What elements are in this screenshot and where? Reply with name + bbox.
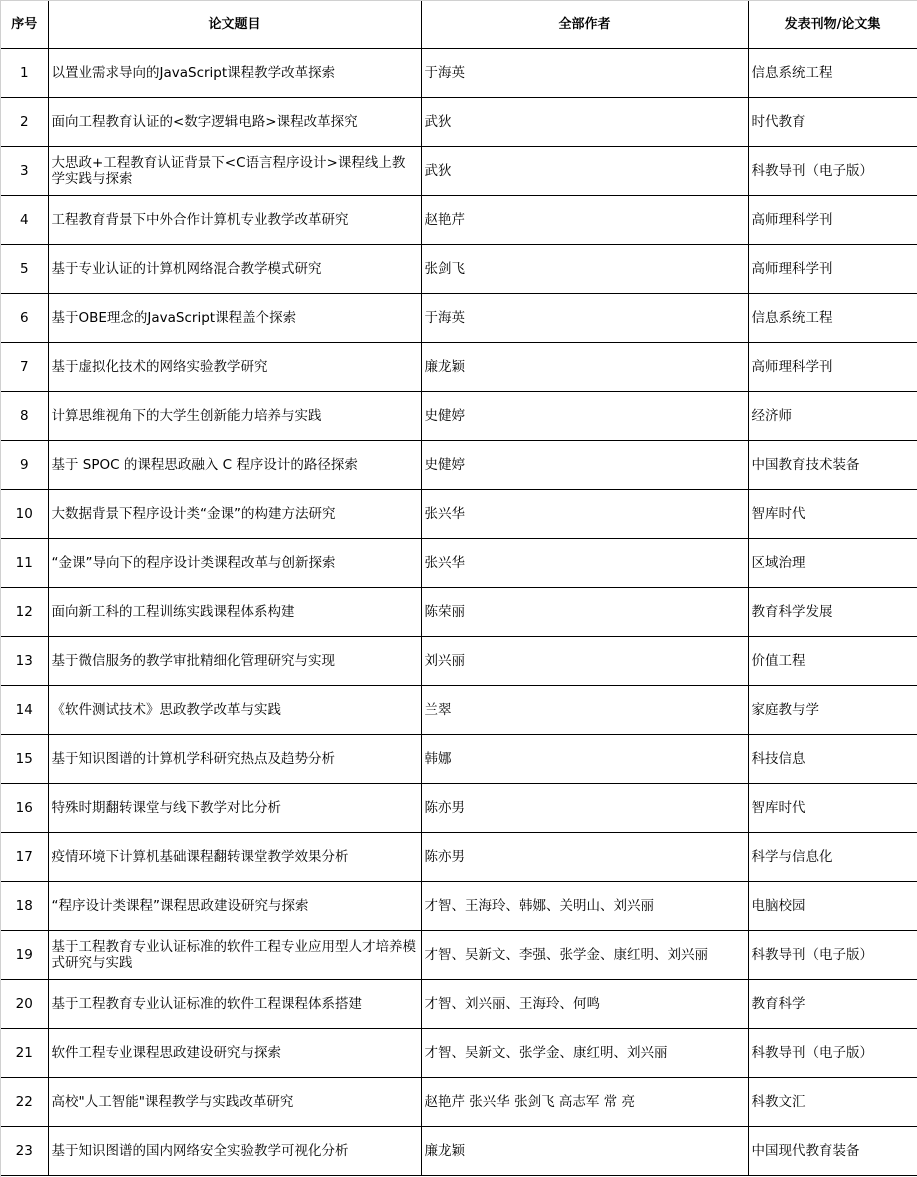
cell-index[interactable]: 20 xyxy=(1,980,48,1029)
table-row: 5基于专业认证的计算机网络混合教学模式研究张剑飞高师理科学刊 xyxy=(1,245,917,294)
cell-title[interactable]: 基于 SPOC 的课程思政融入 C 程序设计的路径探索 xyxy=(48,441,421,490)
table-row: 8计算思维视角下的大学生创新能力培养与实践史健婷经济师 xyxy=(1,392,917,441)
cell-authors[interactable]: 才智、吴新文、李强、张学金、康红明、刘兴丽 xyxy=(421,931,748,980)
cell-authors[interactable]: 张兴华 xyxy=(421,490,748,539)
cell-journal[interactable]: 科教导刊（电子版） xyxy=(748,1029,917,1078)
cell-title[interactable]: 基于虚拟化技术的网络实验教学研究 xyxy=(48,343,421,392)
header-journal[interactable]: 发表刊物/论文集 xyxy=(748,1,917,49)
cell-journal[interactable]: 经济师 xyxy=(748,392,917,441)
table-row: 23基于知识图谱的国内网络安全实验教学可视化分析廉龙颖中国现代教育装备 xyxy=(1,1127,917,1176)
cell-index[interactable]: 5 xyxy=(1,245,48,294)
cell-title[interactable]: 工程教育背景下中外合作计算机专业教学改革研究 xyxy=(48,196,421,245)
cell-title[interactable]: 大思政+工程教育认证背景下<C语言程序设计>课程线上教学实践与探索 xyxy=(48,147,421,196)
cell-title[interactable]: 基于专业认证的计算机网络混合教学模式研究 xyxy=(48,245,421,294)
cell-index[interactable]: 13 xyxy=(1,637,48,686)
cell-journal[interactable]: 中国教育技术装备 xyxy=(748,441,917,490)
cell-journal[interactable]: 智库时代 xyxy=(748,490,917,539)
cell-title[interactable]: “程序设计类课程”课程思政建设研究与探索 xyxy=(48,882,421,931)
cell-journal[interactable]: 高师理科学刊 xyxy=(748,196,917,245)
header-row: 序号 论文题目 全部作者 发表刊物/论文集 xyxy=(1,1,917,49)
cell-authors[interactable]: 才智、刘兴丽、王海玲、何鸣 xyxy=(421,980,748,1029)
cell-title[interactable]: 疫情环境下计算机基础课程翻转课堂教学效果分析 xyxy=(48,833,421,882)
cell-authors[interactable]: 陈荣丽 xyxy=(421,588,748,637)
cell-authors[interactable]: 于海英 xyxy=(421,294,748,343)
cell-title[interactable]: 面向工程教育认证的<数字逻辑电路>课程改革探究 xyxy=(48,98,421,147)
header-title[interactable]: 论文题目 xyxy=(48,1,421,49)
cell-authors[interactable]: 廉龙颖 xyxy=(421,1127,748,1176)
cell-journal[interactable]: 中国现代教育装备 xyxy=(748,1127,917,1176)
cell-journal[interactable]: 价值工程 xyxy=(748,637,917,686)
cell-title[interactable]: 特殊时期翻转课堂与线下教学对比分析 xyxy=(48,784,421,833)
cell-title[interactable]: 基于工程教育专业认证标准的软件工程课程体系搭建 xyxy=(48,980,421,1029)
papers-table: 序号 论文题目 全部作者 发表刊物/论文集 1以置业需求导向的JavaScrip… xyxy=(1,1,917,1176)
cell-authors[interactable]: 赵艳芹 张兴华 张剑飞 高志军 常 亮 xyxy=(421,1078,748,1127)
table-row: 9基于 SPOC 的课程思政融入 C 程序设计的路径探索史健婷中国教育技术装备 xyxy=(1,441,917,490)
cell-index[interactable]: 15 xyxy=(1,735,48,784)
cell-index[interactable]: 6 xyxy=(1,294,48,343)
cell-journal[interactable]: 科教文汇 xyxy=(748,1078,917,1127)
cell-journal[interactable]: 信息系统工程 xyxy=(748,49,917,98)
cell-journal[interactable]: 教育科学发展 xyxy=(748,588,917,637)
table-row: 21软件工程专业课程思政建设研究与探索才智、吴新文、张学金、康红明、刘兴丽科教导… xyxy=(1,1029,917,1078)
table-row: 11“金课”导向下的程序设计类课程改革与创新探索张兴华区域治理 xyxy=(1,539,917,588)
table-row: 13基于微信服务的教学审批精细化管理研究与实现刘兴丽价值工程 xyxy=(1,637,917,686)
table-row: 7基于虚拟化技术的网络实验教学研究廉龙颖高师理科学刊 xyxy=(1,343,917,392)
table-row: 12面向新工科的工程训练实践课程体系构建陈荣丽教育科学发展 xyxy=(1,588,917,637)
cell-authors[interactable]: 刘兴丽 xyxy=(421,637,748,686)
cell-journal[interactable]: 科技信息 xyxy=(748,735,917,784)
cell-index[interactable]: 2 xyxy=(1,98,48,147)
cell-title[interactable]: “金课”导向下的程序设计类课程改革与创新探索 xyxy=(48,539,421,588)
cell-index[interactable]: 4 xyxy=(1,196,48,245)
cell-journal[interactable]: 科教导刊（电子版） xyxy=(748,931,917,980)
cell-authors[interactable]: 于海英 xyxy=(421,49,748,98)
cell-authors[interactable]: 张剑飞 xyxy=(421,245,748,294)
cell-title[interactable]: 基于OBE理念的JavaScript课程盖个探索 xyxy=(48,294,421,343)
table-row: 6基于OBE理念的JavaScript课程盖个探索于海英信息系统工程 xyxy=(1,294,917,343)
header-authors[interactable]: 全部作者 xyxy=(421,1,748,49)
table-row: 10大数据背景下程序设计类“金课”的构建方法研究张兴华智库时代 xyxy=(1,490,917,539)
cell-title[interactable]: 以置业需求导向的JavaScript课程教学改革探索 xyxy=(48,49,421,98)
cell-journal[interactable]: 高师理科学刊 xyxy=(748,343,917,392)
cell-authors[interactable]: 史健婷 xyxy=(421,392,748,441)
cell-title[interactable]: 面向新工科的工程训练实践课程体系构建 xyxy=(48,588,421,637)
cell-index[interactable]: 21 xyxy=(1,1029,48,1078)
header-index[interactable]: 序号 xyxy=(1,1,48,49)
table-row: 2面向工程教育认证的<数字逻辑电路>课程改革探究武狄时代教育 xyxy=(1,98,917,147)
cell-title[interactable]: 基于知识图谱的计算机学科研究热点及趋势分析 xyxy=(48,735,421,784)
cell-index[interactable]: 10 xyxy=(1,490,48,539)
table-row: 22高校"人工智能"课程教学与实践改革研究赵艳芹 张兴华 张剑飞 高志军 常 亮… xyxy=(1,1078,917,1127)
cell-title[interactable]: 软件工程专业课程思政建设研究与探索 xyxy=(48,1029,421,1078)
cell-authors[interactable]: 兰翠 xyxy=(421,686,748,735)
cell-index[interactable]: 16 xyxy=(1,784,48,833)
cell-authors[interactable]: 陈亦男 xyxy=(421,784,748,833)
cell-index[interactable]: 14 xyxy=(1,686,48,735)
cell-title[interactable]: 基于微信服务的教学审批精细化管理研究与实现 xyxy=(48,637,421,686)
cell-journal[interactable]: 教育科学 xyxy=(748,980,917,1029)
cell-index[interactable]: 18 xyxy=(1,882,48,931)
cell-journal[interactable]: 高师理科学刊 xyxy=(748,245,917,294)
cell-title[interactable]: 高校"人工智能"课程教学与实践改革研究 xyxy=(48,1078,421,1127)
cell-journal[interactable]: 时代教育 xyxy=(748,98,917,147)
cell-index[interactable]: 3 xyxy=(1,147,48,196)
table-row: 15基于知识图谱的计算机学科研究热点及趋势分析韩娜科技信息 xyxy=(1,735,917,784)
cell-index[interactable]: 12 xyxy=(1,588,48,637)
table-row: 4工程教育背景下中外合作计算机专业教学改革研究赵艳芹高师理科学刊 xyxy=(1,196,917,245)
cell-journal[interactable]: 信息系统工程 xyxy=(748,294,917,343)
table-row: 1以置业需求导向的JavaScript课程教学改革探索于海英信息系统工程 xyxy=(1,49,917,98)
cell-index[interactable]: 8 xyxy=(1,392,48,441)
cell-index[interactable]: 23 xyxy=(1,1127,48,1176)
cell-index[interactable]: 7 xyxy=(1,343,48,392)
cell-journal[interactable]: 家庭教与学 xyxy=(748,686,917,735)
cell-index[interactable]: 11 xyxy=(1,539,48,588)
cell-index[interactable]: 1 xyxy=(1,49,48,98)
cell-authors[interactable]: 武狄 xyxy=(421,147,748,196)
cell-authors[interactable]: 廉龙颖 xyxy=(421,343,748,392)
cell-journal[interactable]: 电脑校园 xyxy=(748,882,917,931)
cell-title[interactable]: 《软件测试技术》思政教学改革与实践 xyxy=(48,686,421,735)
table-row: 17疫情环境下计算机基础课程翻转课堂教学效果分析陈亦男科学与信息化 xyxy=(1,833,917,882)
cell-index[interactable]: 22 xyxy=(1,1078,48,1127)
cell-title[interactable]: 基于工程教育专业认证标准的软件工程专业应用型人才培养模式研究与实践 xyxy=(48,931,421,980)
cell-title[interactable]: 基于知识图谱的国内网络安全实验教学可视化分析 xyxy=(48,1127,421,1176)
cell-journal[interactable]: 智库时代 xyxy=(748,784,917,833)
cell-index[interactable]: 17 xyxy=(1,833,48,882)
table-row: 18“程序设计类课程”课程思政建设研究与探索才智、王海玲、韩娜、关明山、刘兴丽电… xyxy=(1,882,917,931)
cell-authors[interactable]: 才智、王海玲、韩娜、关明山、刘兴丽 xyxy=(421,882,748,931)
cell-title[interactable]: 计算思维视角下的大学生创新能力培养与实践 xyxy=(48,392,421,441)
table-row: 16特殊时期翻转课堂与线下教学对比分析陈亦男智库时代 xyxy=(1,784,917,833)
cell-authors[interactable]: 史健婷 xyxy=(421,441,748,490)
cell-journal[interactable]: 区域治理 xyxy=(748,539,917,588)
table-row: 20基于工程教育专业认证标准的软件工程课程体系搭建才智、刘兴丽、王海玲、何鸣教育… xyxy=(1,980,917,1029)
cell-index[interactable]: 9 xyxy=(1,441,48,490)
cell-authors[interactable]: 赵艳芹 xyxy=(421,196,748,245)
cell-title[interactable]: 大数据背景下程序设计类“金课”的构建方法研究 xyxy=(48,490,421,539)
cell-journal[interactable]: 科教导刊（电子版） xyxy=(748,147,917,196)
table-row: 19基于工程教育专业认证标准的软件工程专业应用型人才培养模式研究与实践才智、吴新… xyxy=(1,931,917,980)
cell-index[interactable]: 19 xyxy=(1,931,48,980)
table-row: 14《软件测试技术》思政教学改革与实践兰翠家庭教与学 xyxy=(1,686,917,735)
table-row: 3大思政+工程教育认证背景下<C语言程序设计>课程线上教学实践与探索武狄科教导刊… xyxy=(1,147,917,196)
cell-authors[interactable]: 才智、吴新文、张学金、康红明、刘兴丽 xyxy=(421,1029,748,1078)
cell-journal[interactable]: 科学与信息化 xyxy=(748,833,917,882)
cell-authors[interactable]: 张兴华 xyxy=(421,539,748,588)
cell-authors[interactable]: 陈亦男 xyxy=(421,833,748,882)
cell-authors[interactable]: 武狄 xyxy=(421,98,748,147)
spreadsheet: 序号 论文题目 全部作者 发表刊物/论文集 1以置业需求导向的JavaScrip… xyxy=(0,0,917,1177)
cell-authors[interactable]: 韩娜 xyxy=(421,735,748,784)
